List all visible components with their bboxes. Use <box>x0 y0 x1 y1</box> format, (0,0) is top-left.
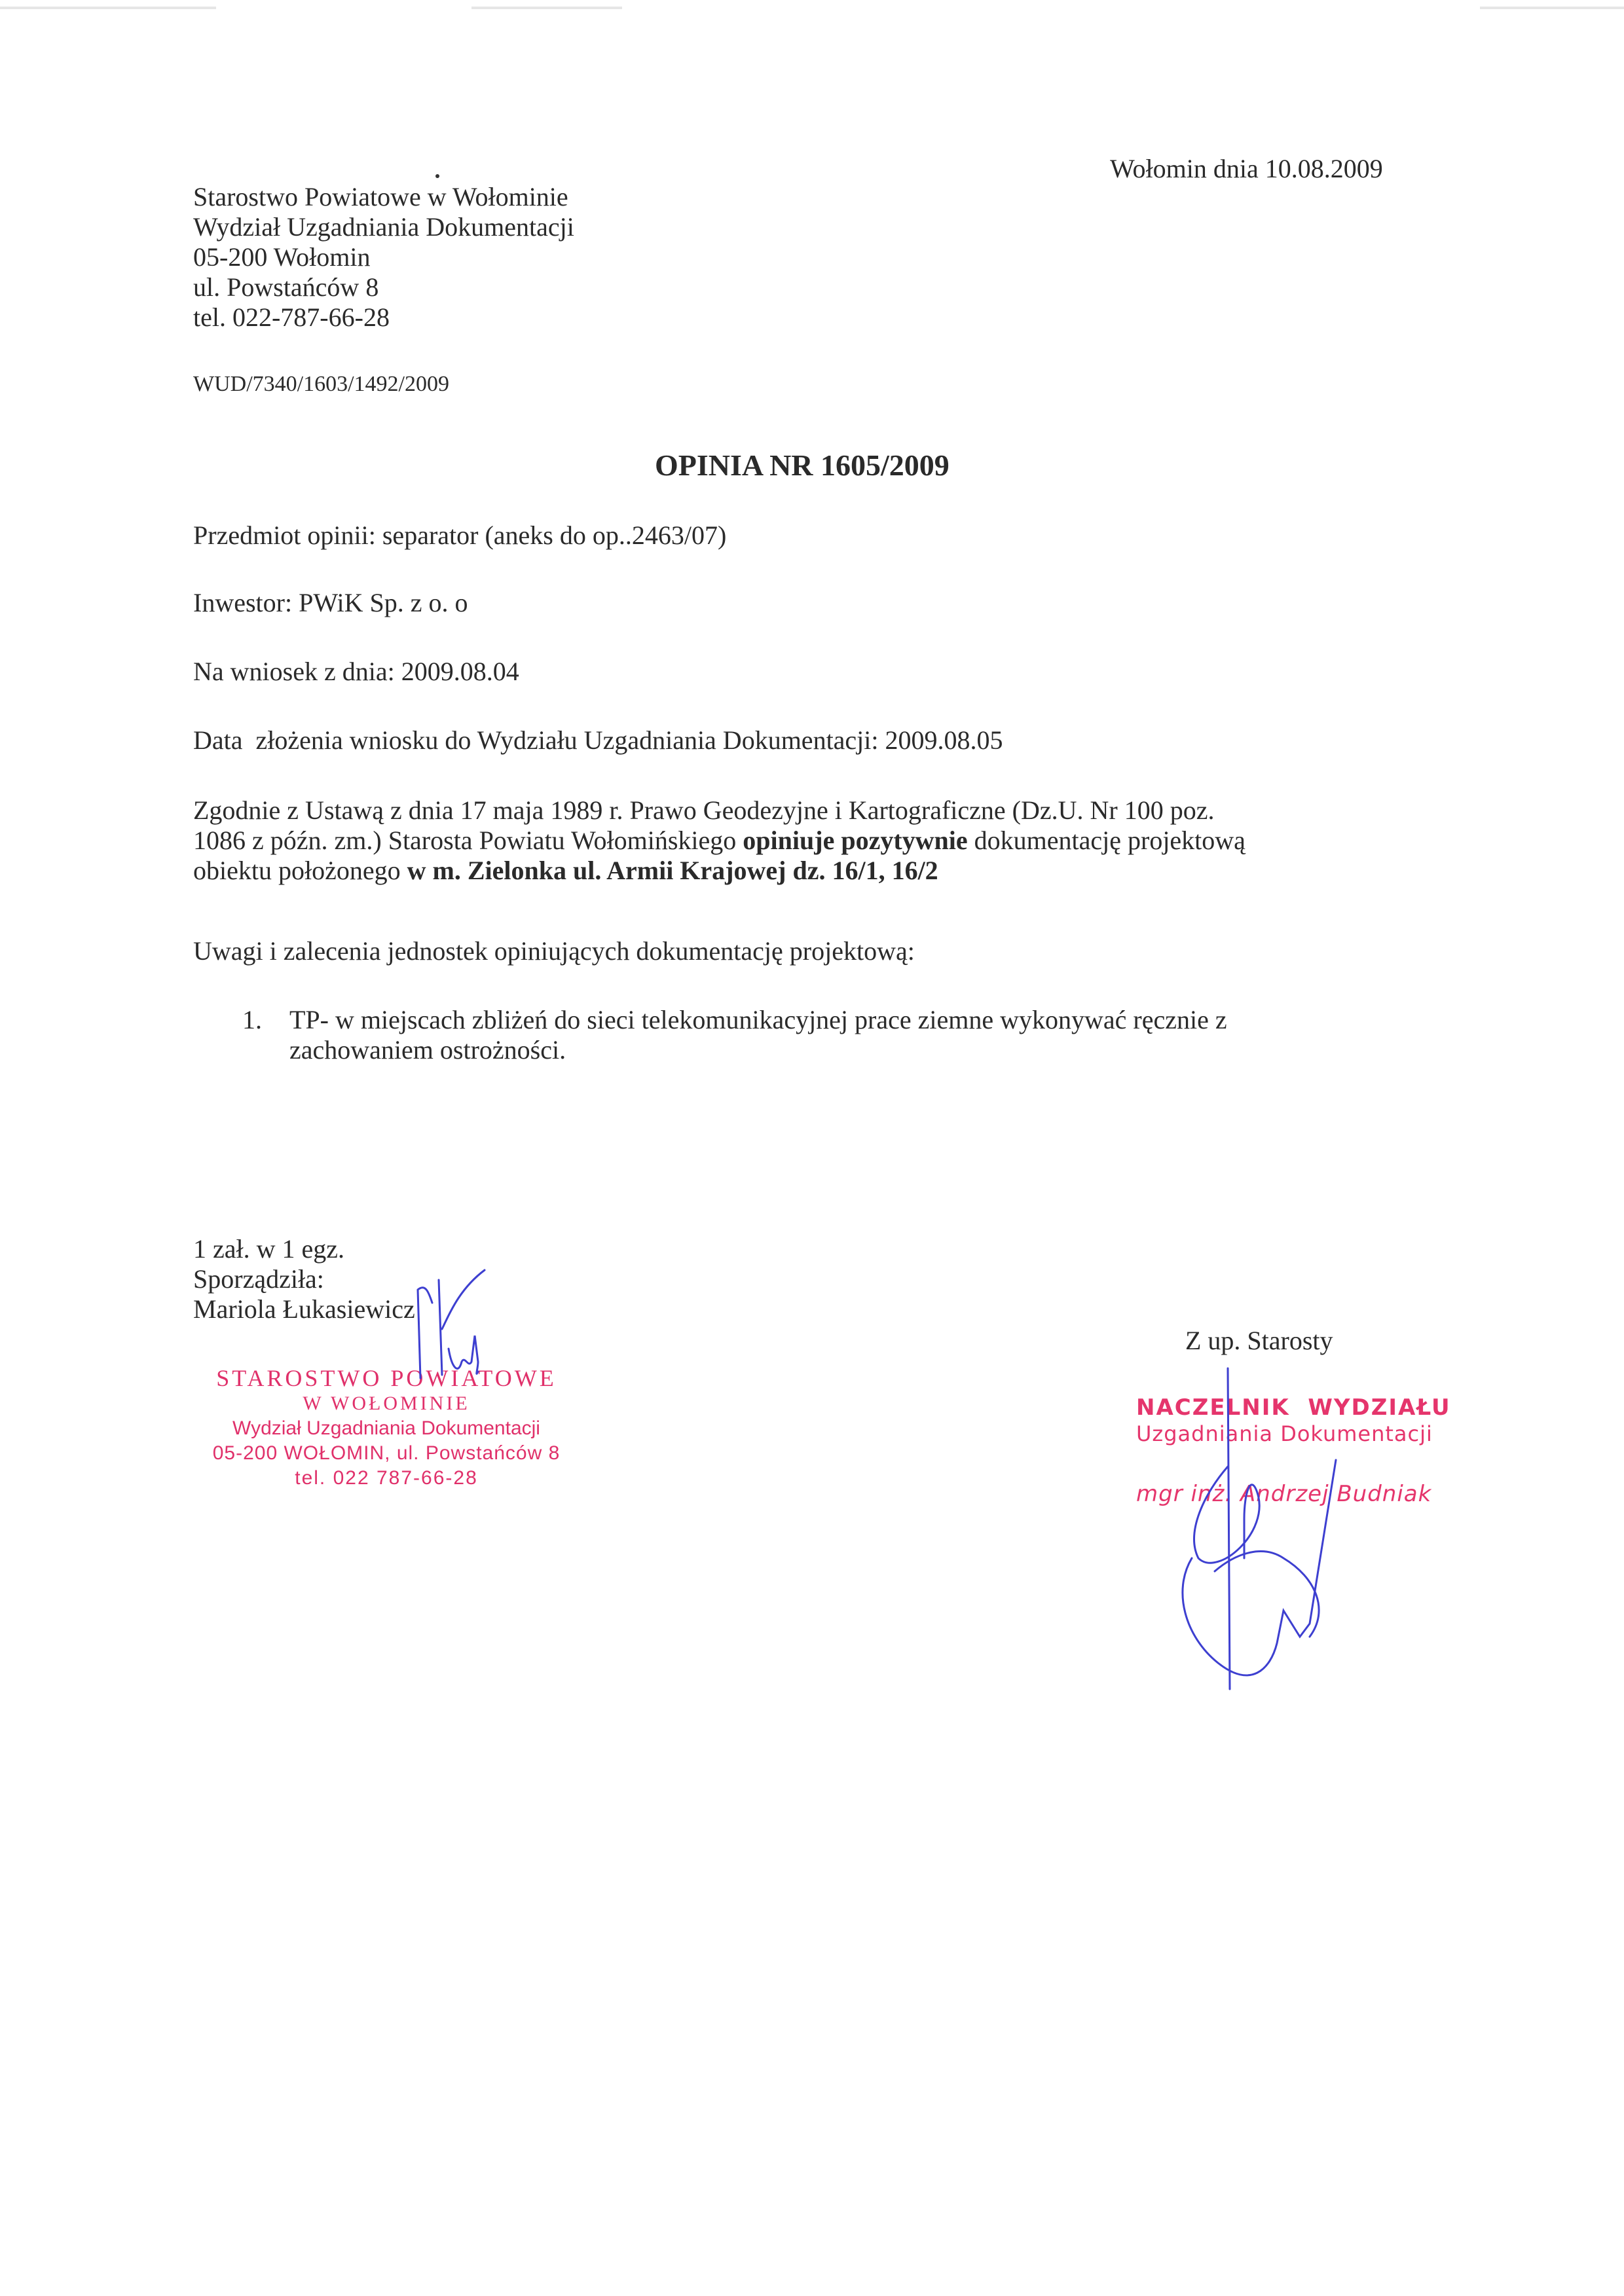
office-stamp-line-3: Wydział Uzgadniania Dokumentacji <box>190 1416 583 1441</box>
office-stamp-line-5: tel. 022 787-66-28 <box>190 1466 583 1491</box>
office-stamp: STAROSTWO POWIATOWE W WOŁOMINIE Wydział … <box>190 1365 583 1491</box>
office-stamp-line-4: 05-200 WOŁOMIN, ul. Powstańców 8 <box>190 1441 583 1466</box>
footer-left: 1 zał. w 1 egz. Sporządziła: Mariola Łuk… <box>193 1234 415 1324</box>
subject-field: Przedmiot opinii: separator (aneks do op… <box>193 520 726 551</box>
issuer-block: Starostwo Powiatowe w Wołominie Wydział … <box>193 182 574 333</box>
investor-field: Inwestor: PWiK Sp. z o. o <box>193 588 468 618</box>
body-line-2: 1086 z późn. zm.) Starosta Powiatu Wołom… <box>193 826 1246 856</box>
scan-artifact <box>1480 7 1624 9</box>
issuer-street: ul. Powstańców 8 <box>193 272 574 302</box>
decision-emphasis: opiniuje pozytywnie <box>743 826 967 855</box>
body-line-3: obiektu położonego w m. Zielonka ul. Arm… <box>193 856 1246 886</box>
issuer-name: Starostwo Powiatowe w Wołominie <box>193 182 574 212</box>
scan-artifact <box>471 7 622 9</box>
office-stamp-line-1: STAROSTWO POWIATOWE <box>190 1365 583 1391</box>
office-stamp-line-2: W WOŁOMINIE <box>190 1391 583 1416</box>
prepared-by-name: Mariola Łukasiewicz <box>193 1294 415 1324</box>
document-title: OPINIA NR 1605/2009 <box>655 448 950 483</box>
location-emphasis: w m. Zielonka ul. Armii Krajowej dz. 16/… <box>407 856 938 885</box>
remarks-item-line-2: zachowaniem ostrożności. <box>242 1035 1227 1065</box>
issuer-phone: tel. 022-787-66-28 <box>193 302 574 333</box>
preparer-signature <box>413 1264 504 1381</box>
place-date: Wołomin dnia 10.08.2009 <box>1110 154 1383 184</box>
remarks-item-line-1: TP- w miejscach zbliżeń do sieci telekom… <box>289 1005 1227 1034</box>
request-date-field: Na wniosek z dnia: 2009.08.04 <box>193 657 519 687</box>
issuer-postal: 05-200 Wołomin <box>193 242 574 272</box>
on-behalf-label: Z up. Starosty <box>1185 1326 1333 1356</box>
remarks-heading: Uwagi i zalecenia jednostek opiniujących… <box>193 936 915 966</box>
stray-dot <box>435 174 439 178</box>
body-paragraph: Zgodnie z Ustawą z dnia 17 maja 1989 r. … <box>193 795 1246 886</box>
attachments-note: 1 zał. w 1 egz. <box>193 1234 415 1264</box>
prepared-by-label: Sporządziła: <box>193 1264 415 1294</box>
head-signature <box>1179 1362 1414 1689</box>
remarks-item: 1.TP- w miejscach zbliżeń do sieci telek… <box>242 1005 1227 1065</box>
remarks-item-number: 1. <box>242 1005 289 1035</box>
submission-date-field: Data złożenia wniosku do Wydziału Uzgadn… <box>193 725 1003 756</box>
reference-number: WUD/7340/1603/1492/2009 <box>193 372 449 397</box>
issuer-department: Wydział Uzgadniania Dokumentacji <box>193 212 574 242</box>
body-line-1: Zgodnie z Ustawą z dnia 17 maja 1989 r. … <box>193 795 1246 826</box>
scan-artifact <box>0 7 216 9</box>
